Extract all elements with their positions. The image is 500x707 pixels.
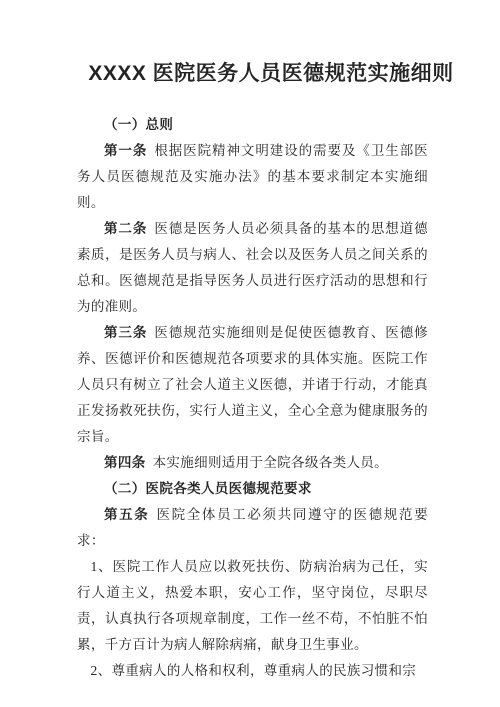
section-heading-requirements: （二）医院各类人员医德规范要求: [77, 476, 428, 502]
list-item-2-text: 2、尊重病人的人格和权利，尊重病人的民族习惯和宗: [91, 663, 417, 678]
article-3-label: 第三条: [104, 325, 147, 340]
article-5: 第五条医院全体员工必须共同遵守的医德规范要求：: [77, 502, 428, 554]
article-4: 第四条本实施细则适用于全院各级各类人员。: [77, 450, 428, 476]
article-3-text: 医德规范实施细则是促使医德教育、医德修养、医德评价和医德规范各项要求的具体实施。…: [77, 325, 428, 444]
article-4-text: 本实施细则适用于全院各级各类人员。: [153, 455, 388, 470]
section-heading-text: （一）总则: [104, 117, 173, 132]
document-page: XXXX 医院医务人员医德规范实施细则 （一）总则 第一条根据医院精神文明建设的…: [0, 0, 500, 707]
article-1: 第一条根据医院精神文明建设的需要及《卫生部医务人员医德规范及实施办法》的基本要求…: [77, 138, 428, 216]
section-heading-text: （二）医院各类人员医德规范要求: [104, 481, 312, 496]
section-heading-general: （一）总则: [77, 112, 428, 138]
article-4-label: 第四条: [104, 455, 146, 470]
article-5-label: 第五条: [104, 507, 149, 522]
article-1-label: 第一条: [104, 143, 147, 158]
article-2: 第二条医德是医务人员必须具备的基本的思想道德素质，是医务人员与病人、社会以及医务…: [77, 216, 428, 320]
article-3: 第三条医德规范实施细则是促使医德教育、医德修养、医德评价和医德规范各项要求的具体…: [77, 320, 428, 450]
document-title: XXXX 医院医务人员医德规范实施细则: [0, 59, 500, 89]
document-body: （一）总则 第一条根据医院精神文明建设的需要及《卫生部医务人员医德规范及实施办法…: [0, 112, 500, 684]
list-item-1: 1、医院工作人员应以救死扶伤、防病治病为己任，实行人道主义，热爱本职，安心工作，…: [77, 554, 428, 658]
list-item-1-text: 1、医院工作人员应以救死扶伤、防病治病为己任，实行人道主义，热爱本职，安心工作，…: [77, 559, 428, 652]
list-item-2: 2、尊重病人的人格和权利，尊重病人的民族习惯和宗: [77, 658, 428, 684]
article-2-label: 第二条: [104, 221, 147, 236]
